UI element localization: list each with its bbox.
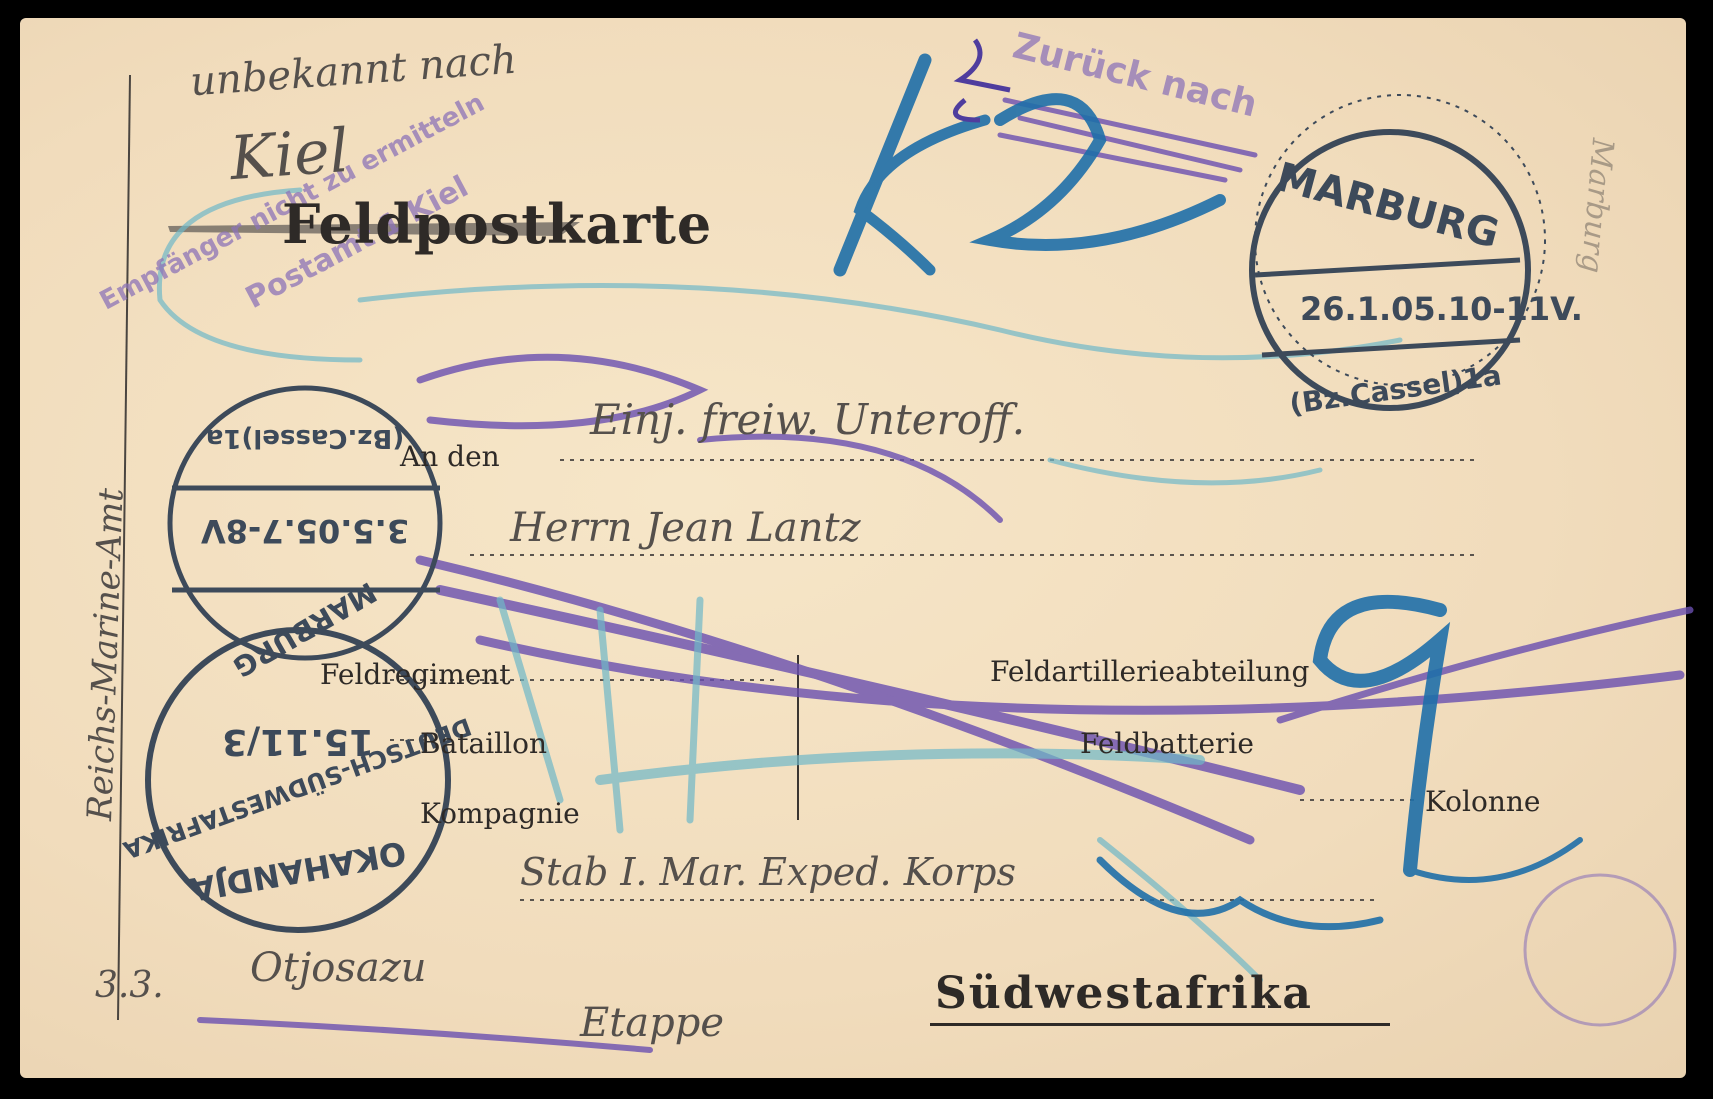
- svg-text:3.5.05.7-8V: 3.5.05.7-8V: [201, 512, 409, 550]
- label-feldartillerieabteilung: Feldartillerieabteilung: [990, 655, 1309, 688]
- card-title: Feldpostkarte: [282, 192, 712, 256]
- hand-bottom-place: Otjosazu: [250, 945, 427, 991]
- svg-text:(Bz.Cassel)1a: (Bz.Cassel)1a: [1287, 358, 1503, 420]
- label-kolonne: Kolonne: [1425, 785, 1540, 818]
- label-an-den: An den: [400, 440, 500, 473]
- svg-text:OKAHANDJA: OKAHANDJA: [187, 833, 409, 908]
- destination: Südwestafrika: [935, 968, 1313, 1019]
- svg-text:(Bz.Cassel)1a: (Bz.Cassel)1a: [206, 423, 404, 453]
- postmark-marburg-left: 3.5.05.7-8V (Bz.Cassel)1a MARBURG: [170, 388, 440, 684]
- label-bataillon: Bataillon: [420, 727, 547, 760]
- label-feldregiment: Feldregiment: [320, 658, 511, 691]
- hand-recipient-rank: Einj. freiw. Unteroff.: [590, 395, 1025, 444]
- hand-redirect-city: Kiel: [228, 116, 351, 194]
- destination-strike: [930, 1023, 1390, 1026]
- hand-unit: Stab I. Mar. Exped. Korps: [520, 850, 1016, 894]
- hand-bottom-ref: 3.3.: [95, 965, 164, 1006]
- postmark-marburg-top-right: MARBURG 26.1.05.10-11V. (Bz.Cassel)1a: [1252, 95, 1583, 421]
- svg-text:MARBURG: MARBURG: [1272, 154, 1504, 257]
- svg-text:26.1.05.10-11V.: 26.1.05.10-11V.: [1300, 290, 1583, 328]
- label-feldbatterie: Feldbatterie: [1080, 727, 1254, 760]
- hand-bottom-etappe: Etappe: [580, 1000, 724, 1046]
- label-kompagnie: Kompagnie: [420, 797, 580, 830]
- hand-recipient-name: Herrn Jean Lantz: [510, 505, 861, 551]
